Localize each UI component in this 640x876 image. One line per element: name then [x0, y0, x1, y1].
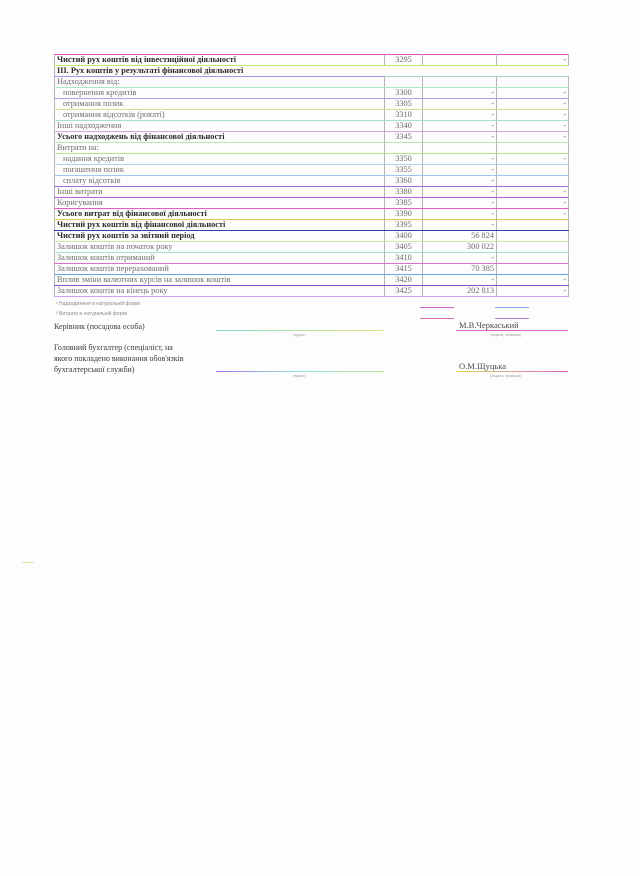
row-code: 3400	[385, 231, 423, 242]
table-row: надання кредитів3350--	[55, 154, 569, 165]
row-previous-period: -	[497, 275, 569, 286]
row-previous-period: -	[497, 132, 569, 143]
row-code: 3410	[385, 253, 423, 264]
table-row: повернення кредитів3300--	[55, 88, 569, 99]
row-code: 3425	[385, 286, 423, 297]
table-row: Залишок коштів на початок року3405300 02…	[55, 242, 569, 253]
row-name: Інші надходження	[55, 121, 385, 132]
table-row: III. Рух коштів у результаті фінансової …	[55, 66, 569, 77]
row-previous-period: -	[497, 187, 569, 198]
row-current-period: 300 022	[423, 242, 497, 253]
row-previous-period	[497, 77, 569, 88]
table-row: Залишок коштів перерахований341570 385	[55, 264, 569, 275]
row-previous-period	[497, 220, 569, 231]
row-code	[385, 77, 423, 88]
row-name: отримання позик	[55, 99, 385, 110]
row-code: 3385	[385, 198, 423, 209]
table-row: Залишок коштів на кінець року3425202 813…	[55, 286, 569, 297]
table-row: Чистий рух коштів від фінансової діяльно…	[55, 220, 569, 231]
row-current-period: -	[423, 198, 497, 209]
scan-artifact	[22, 562, 34, 563]
table-row: Інші витрати3380--	[55, 187, 569, 198]
accountant-signature-line	[216, 371, 384, 372]
row-name: Чистий рух коштів від інвестиційної діял…	[55, 55, 385, 66]
row-current-period	[423, 66, 497, 77]
row-previous-period	[497, 231, 569, 242]
row-code: 3360	[385, 176, 423, 187]
table-row: Витрати на:	[55, 143, 569, 154]
director-name-caption: (ініціали, прізвище)	[490, 333, 521, 337]
row-name: III. Рух коштів у результаті фінансової …	[55, 66, 385, 77]
row-current-period: -	[423, 99, 497, 110]
row-code: 3345	[385, 132, 423, 143]
row-code: 3350	[385, 154, 423, 165]
table-row: Вплив зміни валютних курсів на залишок к…	[55, 275, 569, 286]
accountant-label-line3: бухгалтерської служби)	[54, 365, 134, 375]
director-label: Керівник (посадова особа)	[54, 322, 145, 332]
row-previous-period: -	[497, 209, 569, 220]
row-name: Залишок коштів на початок року	[55, 242, 385, 253]
row-previous-period	[497, 253, 569, 264]
row-name: Вплив зміни валютних курсів на залишок к…	[55, 275, 385, 286]
row-previous-period	[497, 242, 569, 253]
row-current-period	[423, 77, 497, 88]
footnote-income-in-kind: ¹ Надходження в натуральній формі	[56, 301, 140, 307]
scan-mark	[420, 318, 454, 319]
row-current-period: -	[423, 165, 497, 176]
row-code: 3310	[385, 110, 423, 121]
row-code	[385, 143, 423, 154]
table-row: Коригування3385--	[55, 198, 569, 209]
row-current-period: 202 813	[423, 286, 497, 297]
row-current-period	[423, 143, 497, 154]
table-row: Чистий рух коштів за звітний період34005…	[55, 231, 569, 242]
row-name: повернення кредитів	[55, 88, 385, 99]
table-row: отримання відсотків (роялті)3310--	[55, 110, 569, 121]
row-name: надання кредитів	[55, 154, 385, 165]
table-row: Залишок коштів отриманий3410-	[55, 253, 569, 264]
row-current-period: -	[423, 110, 497, 121]
accountant-name: О.М.Щуцька	[459, 361, 506, 371]
row-code: 3340	[385, 121, 423, 132]
row-previous-period	[497, 143, 569, 154]
row-current-period	[423, 55, 497, 66]
row-previous-period: -	[497, 198, 569, 209]
row-current-period: -	[423, 253, 497, 264]
row-current-period: -	[423, 176, 497, 187]
row-current-period: -	[423, 275, 497, 286]
table-row: погашення позик3355-	[55, 165, 569, 176]
row-previous-period: -	[497, 110, 569, 121]
row-code: 3420	[385, 275, 423, 286]
row-name: Залишок коштів перерахований	[55, 264, 385, 275]
row-name: Усього витрат від фінансової діяльності	[55, 209, 385, 220]
row-code: 3300	[385, 88, 423, 99]
row-code: 3390	[385, 209, 423, 220]
director-signature-caption: (підпис)	[293, 333, 306, 337]
row-name: Коригування	[55, 198, 385, 209]
row-name: Чистий рух коштів від фінансової діяльно…	[55, 220, 385, 231]
accountant-name-caption: (ініціали, прізвище)	[490, 374, 521, 378]
row-name: сплату відсотків	[55, 176, 385, 187]
row-previous-period: -	[497, 121, 569, 132]
row-code: 3395	[385, 220, 423, 231]
row-name: Залишок коштів отриманий	[55, 253, 385, 264]
row-previous-period: -	[497, 99, 569, 110]
row-name: Витрати на:	[55, 143, 385, 154]
scan-mark	[420, 307, 454, 308]
director-signature-line	[216, 330, 384, 331]
row-current-period: -	[423, 121, 497, 132]
scan-mark	[495, 318, 529, 319]
table-row: Усього надходжень від фінансової діяльно…	[55, 132, 569, 143]
row-previous-period	[497, 165, 569, 176]
row-name: Залишок коштів на кінець року	[55, 286, 385, 297]
document-page: Чистий рух коштів від інвестиційної діял…	[0, 0, 640, 876]
row-name: Інші витрати	[55, 187, 385, 198]
row-previous-period: -	[497, 88, 569, 99]
row-current-period: 56 824	[423, 231, 497, 242]
row-name: Надходження від:	[55, 77, 385, 88]
footnote-expenses-in-kind: ² Витрати в натуральній формі	[56, 311, 127, 317]
row-code: 3305	[385, 99, 423, 110]
table-row: Інші надходження3340--	[55, 121, 569, 132]
director-name-line	[456, 330, 568, 331]
row-name: Чистий рух коштів за звітний період	[55, 231, 385, 242]
accountant-label-line2: якого покладено виконання обов'язків	[54, 354, 183, 364]
table-row: сплату відсотків3360-	[55, 176, 569, 187]
row-name: погашення позик	[55, 165, 385, 176]
row-code: 3295	[385, 55, 423, 66]
accountant-name-line	[456, 371, 568, 372]
row-current-period: 70 385	[423, 264, 497, 275]
table-row: отримання позик3305--	[55, 99, 569, 110]
row-previous-period	[497, 264, 569, 275]
row-current-period: -	[423, 220, 497, 231]
row-code: 3415	[385, 264, 423, 275]
table-row: Чистий рух коштів від інвестиційної діял…	[55, 55, 569, 66]
row-current-period: -	[423, 209, 497, 220]
scan-mark	[495, 307, 529, 308]
director-name: М.В.Черкаський	[459, 320, 519, 330]
row-previous-period: -	[497, 154, 569, 165]
accountant-label-line1: Головний бухгалтер (спеціаліст, на	[54, 343, 173, 353]
row-code	[385, 66, 423, 77]
table-row: Усього витрат від фінансової діяльності3…	[55, 209, 569, 220]
cash-flow-table: Чистий рух коштів від інвестиційної діял…	[54, 54, 569, 297]
row-current-period: -	[423, 187, 497, 198]
row-name: Усього надходжень від фінансової діяльно…	[55, 132, 385, 143]
accountant-signature-caption: (підпис)	[293, 374, 306, 378]
table-row: Надходження від:	[55, 77, 569, 88]
row-name: отримання відсотків (роялті)	[55, 110, 385, 121]
row-code: 3405	[385, 242, 423, 253]
row-code: 3355	[385, 165, 423, 176]
row-current-period: -	[423, 154, 497, 165]
row-current-period: -	[423, 88, 497, 99]
row-code: 3380	[385, 187, 423, 198]
row-previous-period: -	[497, 55, 569, 66]
row-previous-period	[497, 176, 569, 187]
row-current-period: -	[423, 132, 497, 143]
row-previous-period: -	[497, 286, 569, 297]
row-previous-period	[497, 66, 569, 77]
